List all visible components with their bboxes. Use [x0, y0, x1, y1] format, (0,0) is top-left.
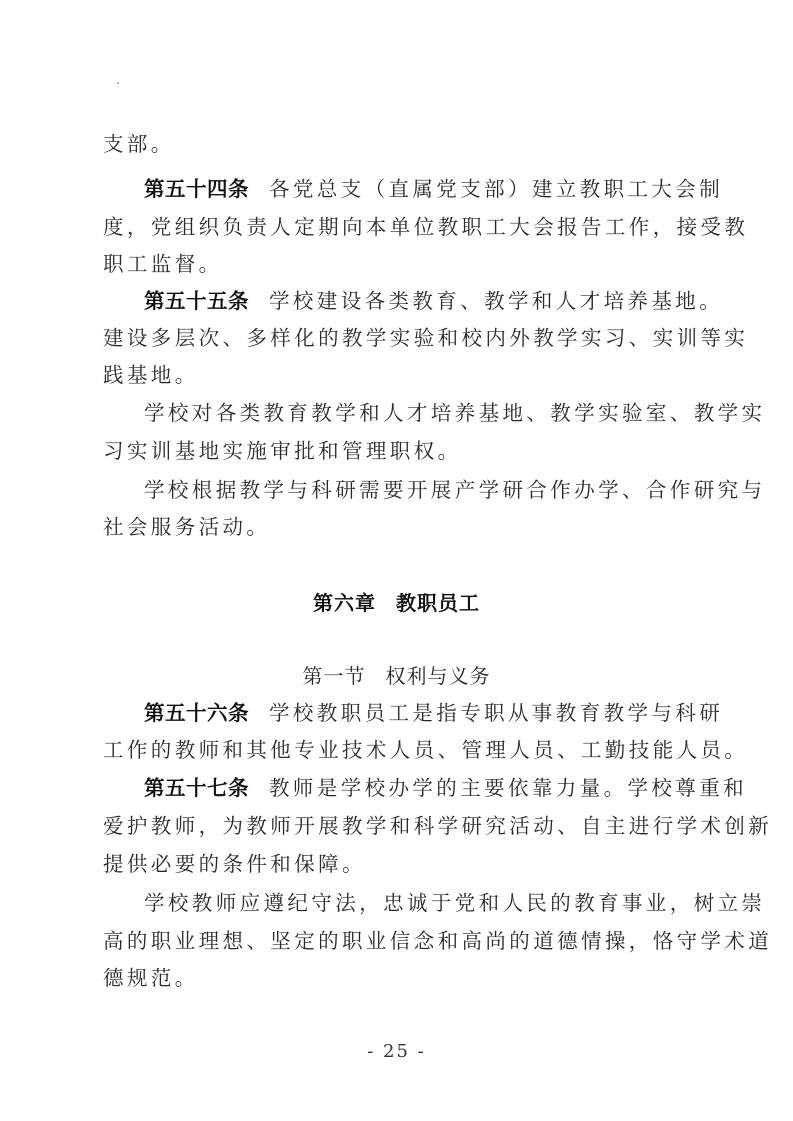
paragraph-line: 学校根据教学与科研需要开展产学研合作办学、合作研究与	[144, 477, 704, 503]
paragraph-line: 度，党组织负责人定期向本单位教职工大会报告工作，接受教	[103, 214, 703, 240]
paragraph-line: 践基地。	[103, 362, 703, 388]
paragraph-line: 习实训基地实施审批和管理职权。	[103, 438, 703, 464]
article-number: 第五十四条	[144, 177, 249, 201]
article-55-line: 第五十五条学校建设各类教育、教学和人才培养基地。	[144, 288, 704, 314]
paragraph-line: 支部。	[103, 131, 703, 157]
paragraph-line: 提供必要的条件和保障。	[103, 851, 703, 877]
paragraph-line: 工作的教师和其他专业技术人员、管理人员、工勤技能人员。	[103, 737, 703, 763]
paragraph-line: 爱护教师，为教师开展教学和科学研究活动、自主进行学术创新	[103, 813, 703, 839]
paragraph-line: 社会服务活动。	[103, 514, 703, 540]
paragraph-line: 职工监督。	[103, 251, 703, 277]
section-heading: 第一节权利与义务	[0, 663, 793, 689]
paragraph-line: 高的职业理想、坚定的职业信念和高尚的道德情操，恪守学术道	[103, 928, 703, 954]
article-number: 第五十七条	[144, 776, 249, 800]
article-number: 第五十五条	[144, 289, 249, 313]
article-56-line: 第五十六条学校教职员工是指专职从事教育教学与科研	[144, 700, 704, 726]
paragraph-line: 德规范。	[103, 965, 703, 991]
chapter-heading: 第六章教职员工	[0, 590, 793, 616]
document-page: 支部。 第五十四条各党总支（直属党支部）建立教职工大会制 度，党组织负责人定期向…	[0, 0, 793, 1121]
article-54-line: 第五十四条各党总支（直属党支部）建立教职工大会制	[144, 176, 704, 202]
paragraph-line: 学校教师应遵纪守法，忠诚于党和人民的教育事业，树立崇	[144, 890, 704, 916]
paragraph-line: 学校对各类教育教学和人才培养基地、教学实验室、教学实	[144, 400, 704, 426]
article-57-line: 第五十七条教师是学校办学的主要依靠力量。学校尊重和	[144, 775, 704, 801]
paragraph-line: 建设多层次、多样化的教学实验和校内外教学实习、实训等实	[103, 325, 703, 351]
page-number: - 25 -	[0, 1041, 793, 1062]
scan-speck	[117, 82, 119, 84]
article-number: 第五十六条	[144, 701, 249, 725]
